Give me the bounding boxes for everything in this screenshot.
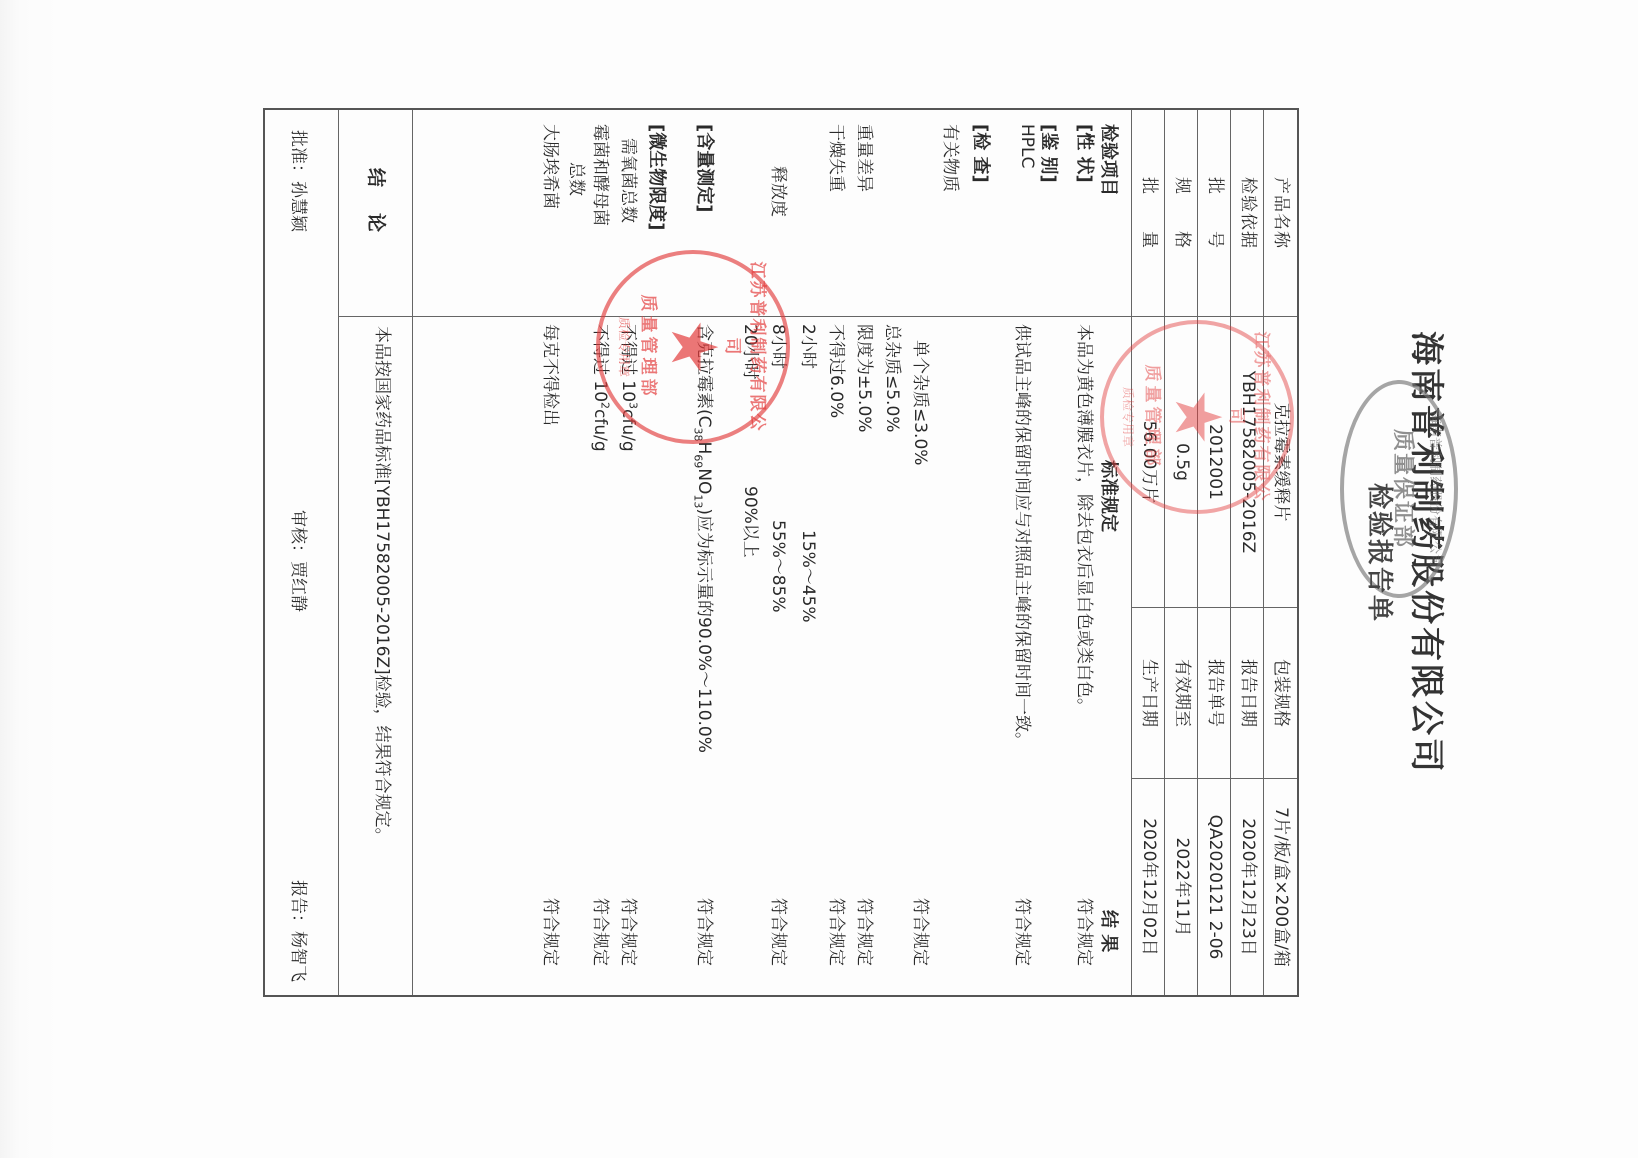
- section-appearance: [性 状]: [1073, 124, 1099, 183]
- drying-standard: 不得过6.0%: [826, 324, 851, 418]
- appearance-standard: 本品为黄色薄膜衣片，除去包衣后显白色或类白色。: [1074, 324, 1099, 715]
- info-value: 2020年12月02日: [1132, 779, 1165, 995]
- item-hplc: HPLC: [1017, 124, 1037, 168]
- info-row-product: 产品名称 克拉霉素缓释片 包装规格 7片/板/盒×200盒/箱: [1263, 110, 1297, 995]
- info-label: 批 量: [1132, 110, 1165, 317]
- result-value: 符合规定: [590, 898, 615, 966]
- info-value: 7片/板/盒×200盒/箱: [1264, 779, 1297, 995]
- conclusion-row: 结论 本品按国家药品标准[YBH17582005-2016Z]检验，结果符合规定…: [338, 110, 413, 995]
- info-value: 0.5g: [1165, 317, 1198, 608]
- result-value: 符合规定: [540, 898, 565, 966]
- result-value: 符合规定: [826, 898, 851, 966]
- release-range: 90%以上: [740, 486, 765, 558]
- result-value: 符合规定: [618, 898, 643, 966]
- column-header-item: 检验项目: [1097, 124, 1123, 196]
- reviewer-signature: 审核：贾红静: [288, 510, 313, 612]
- hplc-standard: 供试品主峰的保留时间应与对照品主峰的保留时间一致。: [1012, 324, 1037, 749]
- result-value: 符合规定: [694, 898, 719, 966]
- item-release: 释放度: [768, 166, 793, 217]
- related-standard-single: 单个杂质≤3.0%: [910, 340, 935, 465]
- result-value: 符合规定: [768, 898, 793, 966]
- result-value: 符合规定: [854, 898, 879, 966]
- section-assay: [含量测定]: [693, 124, 719, 212]
- item-aerobic-count: 需氧菌总数: [618, 138, 643, 223]
- signature-row: 批准：孙慧颖 审核：贾红静 报告：杨智飞: [265, 110, 339, 995]
- column-header-standard: 标准规定: [1097, 460, 1123, 532]
- report-title: 检验报告单: [1363, 108, 1400, 998]
- release-time: 8小时: [768, 324, 793, 369]
- aerobic-standard: 不得过 103cfu/g: [618, 324, 643, 452]
- info-label: 规 格: [1165, 110, 1198, 317]
- item-mold-yeast: 霉菌和酵母菌: [590, 124, 615, 226]
- weight-standard: 限度为±5.0%: [854, 324, 879, 432]
- conclusion-label: 结论: [339, 110, 413, 317]
- info-value: 克拉霉素缓释片: [1264, 317, 1297, 608]
- info-label: 产品名称: [1264, 110, 1297, 317]
- approver-signature: 批准：孙慧颖: [288, 130, 313, 232]
- info-label: 报告日期: [1231, 608, 1264, 779]
- info-row-quantity: 批 量 56.00万片 生产日期 2020年12月02日: [1131, 110, 1165, 995]
- conclusion-text: 本品按国家药品标准[YBH17582005-2016Z]检验，结果符合规定。: [372, 326, 397, 845]
- item-related-substances: 有关物质: [940, 124, 965, 192]
- release-range: 15%～45%: [798, 530, 823, 623]
- info-row-batch: 批 号 2012001 报告单号 QA2020121 2-06: [1197, 110, 1231, 995]
- info-label: 生产日期: [1132, 608, 1165, 779]
- report-table: 产品名称 克拉霉素缓释片 包装规格 7片/板/盒×200盒/箱 检验依据 YBH…: [263, 108, 1299, 997]
- info-row-basis: 检验依据 YBH17582005-2016Z 报告日期 2020年12月23日: [1230, 110, 1264, 995]
- section-microbial-limits: [微生物限度]: [645, 124, 671, 230]
- info-label: 检验依据: [1231, 110, 1264, 317]
- release-range: 55%～85%: [768, 520, 793, 613]
- result-value: 符合规定: [1012, 898, 1037, 966]
- info-row-spec: 规 格 0.5g 有效期至 2022年11月: [1164, 110, 1198, 995]
- info-label: 报告单号: [1198, 608, 1231, 779]
- info-value: QA2020121 2-06: [1198, 779, 1231, 995]
- item-loss-on-drying: 干燥失重: [826, 124, 851, 192]
- mold-standard: 不得过 102cfu/g: [590, 324, 615, 452]
- result-value: 符合规定: [910, 898, 935, 966]
- related-standard-total: 总杂质≤5.0%: [882, 324, 907, 432]
- item-mold-yeast-total: 总数: [566, 162, 591, 196]
- info-label: 包装规格: [1264, 608, 1297, 779]
- item-weight-variation: 重量差异: [854, 124, 879, 192]
- column-header-result: 结 果: [1097, 910, 1123, 952]
- qa-stamp-arc-text: 海南普利制药股份有限公司: [1427, 384, 1446, 594]
- section-identification: [鉴 别]: [1037, 124, 1063, 183]
- info-value: 56.00万片: [1132, 317, 1165, 608]
- inspection-items-section: 检验项目 标准规定 结 果 [性 状] 本品为黄色薄膜衣片，除去包衣后显白色或类…: [412, 110, 1131, 995]
- info-value: 2020年12月23日: [1231, 779, 1264, 995]
- result-value: 符合规定: [1074, 898, 1099, 966]
- release-time: 2小时: [798, 324, 823, 369]
- item-ecoli: 大肠埃希菌: [540, 124, 565, 209]
- info-value: 2022年11月: [1165, 779, 1198, 995]
- reporter-signature: 报告：杨智飞: [288, 880, 313, 982]
- info-label: 批 号: [1198, 110, 1231, 317]
- ecoli-standard: 每克不得检出: [540, 324, 565, 426]
- info-label: 有效期至: [1165, 608, 1198, 779]
- info-value: YBH17582005-2016Z: [1231, 317, 1264, 608]
- inspection-report-document: 海南普利制药股份有限公司 海南普利制药股份有限公司 质量保证部 检验报告单 产品…: [222, 108, 1462, 998]
- release-time: 20小时: [740, 324, 765, 380]
- assay-standard: 含克拉霉素(C38H69NO13)应为标示量的90.0%～110.0%: [692, 324, 719, 753]
- section-tests: [检 查]: [969, 124, 995, 183]
- info-value: 2012001: [1198, 317, 1231, 608]
